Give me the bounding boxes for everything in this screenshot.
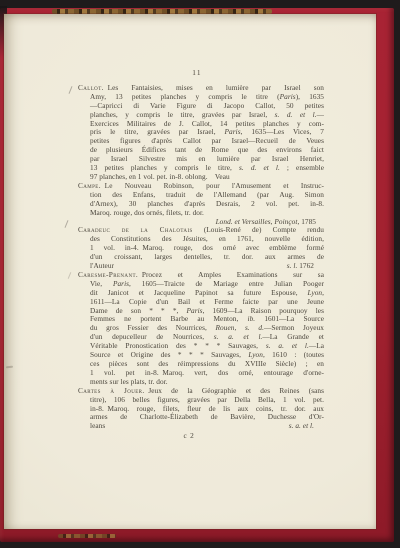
entry-line: armes de Charlotte-Élizabeth de Bavière,… — [78, 413, 324, 422]
signature-mark: c 2 — [66, 432, 312, 441]
catalog-entry-campe: Campe. Le Nouveau Robinson, pour l'Amuse… — [78, 182, 324, 227]
catalog-entry-caradeuc: Caradeuc de la Chalotais (Louis-René de)… — [78, 226, 324, 271]
catalog-entry-cartes-a-jouer: Cartes à Jouer. Jeux de la Géographie et… — [78, 387, 324, 432]
catalog-entry-callot: Callot. Les Fantaisies, mises en lumière… — [78, 84, 324, 182]
entry-last-line: leans s. a. et l. — [78, 422, 324, 431]
book-page: 11 Callot. Les Fantaisies, mises en lumi… — [4, 14, 376, 529]
photo-backdrop: 11 Callot. Les Fantaisies, mises en lumi… — [0, 0, 400, 548]
page-text: 11 Callot. Les Fantaisies, mises en lumi… — [4, 69, 376, 441]
worn-page-edge-bottom — [58, 534, 116, 538]
page-number: 11 — [74, 69, 320, 78]
entry-imprint-right: s. a. et l. — [289, 422, 324, 431]
entry-line-left: leans — [90, 422, 105, 431]
catalog-entry-caresme-prenant: Caresme-Prenant. Procez et Amples Examin… — [78, 271, 324, 387]
